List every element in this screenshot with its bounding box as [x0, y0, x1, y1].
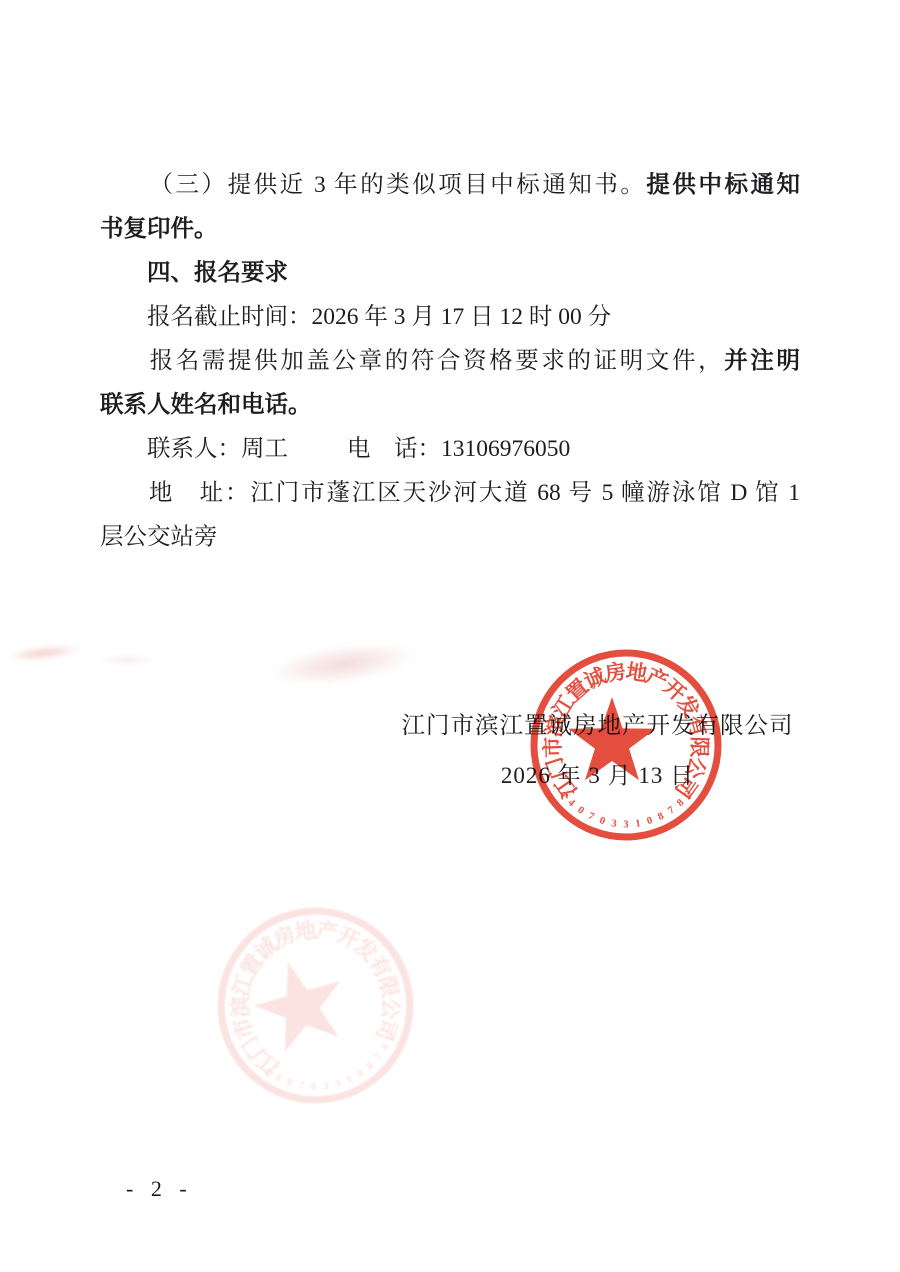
seal-ring-char: 司: [371, 1016, 401, 1044]
star-icon: [568, 697, 655, 780]
seal-serial-digit: 7: [586, 811, 596, 823]
seal-serial-digit: 0: [598, 815, 606, 827]
company-seal: 江门市滨江置诚房地产开发有限公司4407033108782: [526, 645, 726, 845]
text-run: （三）提供近 3 年的类似项目中标通知书。: [147, 172, 646, 198]
text-run: 书复印件。: [100, 216, 218, 242]
text-run: 联系人姓名和电话。: [100, 392, 312, 418]
seal-serial-digit: 0: [285, 1076, 294, 1089]
text-run: 层公交站旁: [100, 524, 218, 550]
seal-serial-digit: 8: [656, 811, 666, 823]
scan-smudge: [5, 642, 81, 664]
text-line: 地 址：江门市蓬江区天沙河大道 68 号 5 幢游泳馆 D 馆 1: [100, 471, 800, 515]
text-run: 并注明: [724, 348, 800, 374]
seal-serial-digit: 0: [646, 815, 654, 827]
text-run: 报名需提供加盖公章的符合资格要求的证明文件，: [147, 348, 724, 374]
text-line: 联系人姓名和电话。: [100, 383, 800, 427]
seal-serial-digit: 3: [334, 1077, 342, 1090]
seal-serial-digit: 7: [372, 1051, 385, 1063]
text-run: 联系人：周工: [147, 436, 288, 462]
text-run: 地 址：江门市蓬江区天沙河大道 68 号 5 幢游泳馆 D 馆 1: [147, 480, 800, 506]
seal-serial-digit: 3: [623, 819, 628, 830]
text-line: 联系人：周工电 话：13106976050: [100, 427, 800, 471]
seal-serial-digit: 0: [311, 1081, 317, 1093]
page-number: - 2 -: [126, 1176, 193, 1202]
seal-serial-digit: 1: [345, 1073, 355, 1086]
scan-smudge: [266, 635, 420, 694]
text-run: 四、报名要求: [147, 260, 288, 286]
text-run: 提供中标通知: [646, 172, 800, 198]
document-lines: （三）提供近 3 年的类似项目中标通知书。提供中标通知书复印件。四、报名要求报名…: [100, 163, 800, 559]
seal-serial-digit: 3: [611, 818, 618, 830]
text-line: 书复印件。: [100, 207, 800, 251]
text-line: （三）提供近 3 年的类似项目中标通知书。提供中标通知: [100, 163, 800, 207]
seal-serial-digit: 3: [322, 1080, 329, 1093]
seal-serial-digit: 8: [364, 1059, 376, 1072]
document-page: （三）提供近 3 年的类似项目中标通知书。提供中标通知书复印件。四、报名要求报名…: [0, 0, 900, 1272]
seal-serial-digit: 7: [666, 805, 677, 817]
text-line: 报名截止时间：2026 年 3 月 17 日 12 时 00 分: [100, 295, 800, 339]
scan-smudge: [96, 655, 156, 665]
seal-serial-digit: 0: [575, 805, 586, 817]
text-run: 报名截止时间：2026 年 3 月 17 日 12 时 00 分: [147, 304, 611, 330]
seal-serial-digit: 0: [355, 1067, 366, 1080]
text-line: 报名需提供加盖公章的符合资格要求的证明文件，并注明: [100, 339, 800, 383]
text-line: 层公交站旁: [100, 515, 800, 559]
ghost-company-seal: 江门市滨江置诚房地产开发有限公司4407033108782: [189, 879, 443, 1133]
seal-serial-digit: 7: [298, 1079, 306, 1092]
seal-serial-digit: 8: [675, 797, 686, 809]
seal-serial-digit: 8: [379, 1041, 392, 1052]
text-line: 四、报名要求: [100, 251, 800, 295]
seal-serial-digit: 1: [635, 818, 642, 830]
text-run: 电 话：13106976050: [347, 436, 570, 462]
